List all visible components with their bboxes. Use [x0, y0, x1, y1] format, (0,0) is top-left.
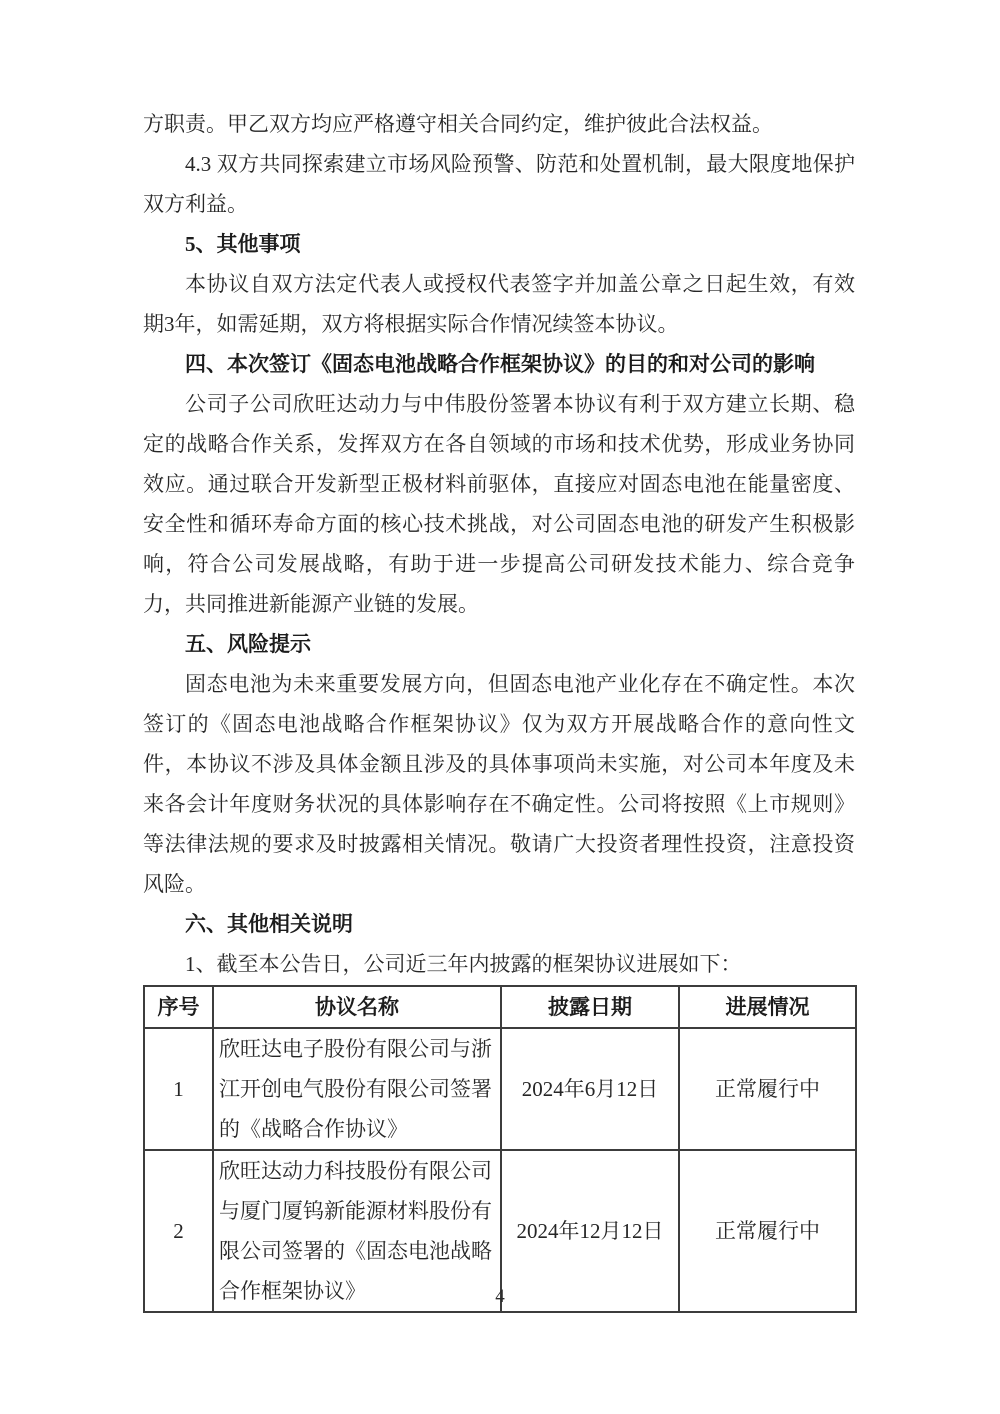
table-row: 1 欣旺达电子股份有限公司与浙江开创电气股份有限公司签署的《战略合作协议》 20…	[144, 1028, 856, 1150]
body-paragraph-effectiveness: 本协议自双方法定代表人或授权代表签字并加盖公章之日起生效，有效期3年，如需延期，…	[143, 264, 855, 344]
body-paragraph-risk: 固态电池为未来重要发展方向，但固态电池产业化存在不确定性。本次签订的《固态电池战…	[143, 664, 855, 904]
page-number: 4	[0, 1286, 1000, 1308]
col-header-disclosure-date: 披露日期	[501, 986, 679, 1028]
cell-index: 1	[144, 1028, 213, 1150]
body-paragraph-4-3: 4.3 双方共同探索建立市场风险预警、防范和处置机制，最大限度地保护双方利益。	[143, 144, 855, 224]
cell-progress-status: 正常履行中	[679, 1028, 856, 1150]
section-heading-6-other-notes: 六、其他相关说明	[143, 904, 855, 944]
section-heading-5-risk-notice: 五、风险提示	[143, 624, 855, 664]
col-header-index: 序号	[144, 986, 213, 1028]
body-paragraph-purpose: 公司子公司欣旺达动力与中伟股份签署本协议有利于双方建立长期、稳定的战略合作关系，…	[143, 384, 855, 624]
document-page: 方职责。甲乙双方均应严格遵守相关合同约定，维护彼此合法权益。 4.3 双方共同探…	[0, 0, 1000, 1414]
section-heading-other-matters: 5、其他事项	[143, 224, 855, 264]
cell-disclosure-date: 2024年6月12日	[501, 1028, 679, 1150]
document-body: 方职责。甲乙双方均应严格遵守相关合同约定，维护彼此合法权益。 4.3 双方共同探…	[143, 104, 855, 1313]
table-header-row: 序号 协议名称 披露日期 进展情况	[144, 986, 856, 1028]
col-header-agreement-name: 协议名称	[213, 986, 501, 1028]
body-paragraph-table-intro: 1、截至本公告日，公司近三年内披露的框架协议进展如下：	[143, 944, 855, 984]
body-paragraph-continuation: 方职责。甲乙双方均应严格遵守相关合同约定，维护彼此合法权益。	[143, 104, 855, 144]
cell-agreement-name: 欣旺达电子股份有限公司与浙江开创电气股份有限公司签署的《战略合作协议》	[213, 1028, 501, 1150]
col-header-progress-status: 进展情况	[679, 986, 856, 1028]
agreements-progress-table: 序号 协议名称 披露日期 进展情况 1 欣旺达电子股份有限公司与浙江开创电气股份…	[143, 985, 857, 1313]
section-heading-4-purpose-impact: 四、本次签订《固态电池战略合作框架协议》的目的和对公司的影响	[143, 344, 855, 384]
